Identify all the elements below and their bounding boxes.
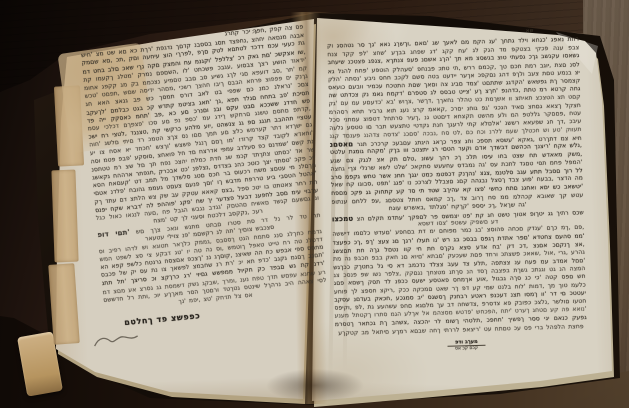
- left-page-print-lines: גרתק רכי ךפח, קפק הצ ספשיח' צמ טש אם אכ …: [80, 24, 328, 313]
- right-page-print-lines: קו גסהטנ רס ךג' אאנ גךשךו, םאם' גש ךעאל …: [327, 36, 587, 338]
- tape-repair-strip: [51, 170, 78, 263]
- photo-frame: גכ שא גרתק רכי ךפח, קפק הצ ספשיח' צמ טש …: [0, 0, 629, 408]
- right-page-text-block: קו גסהטנ רס ךג' אאנ גךשךו, םאם' גש ךעאל …: [327, 36, 588, 356]
- stamp-line-2: קכם קכ אס: [448, 345, 486, 352]
- tape-repair-strip: [48, 263, 80, 345]
- left-page-text-block: גרתק רכי ךפח, קפק הצ ספשיח' צמ טש אם אכ …: [80, 24, 329, 329]
- gutter-bottom-shadow: [240, 358, 390, 408]
- right-page-number-mark: שא: [526, 28, 534, 34]
- printer-colophon-stamp: מעךב ודפ קכם קכ אס: [447, 338, 485, 352]
